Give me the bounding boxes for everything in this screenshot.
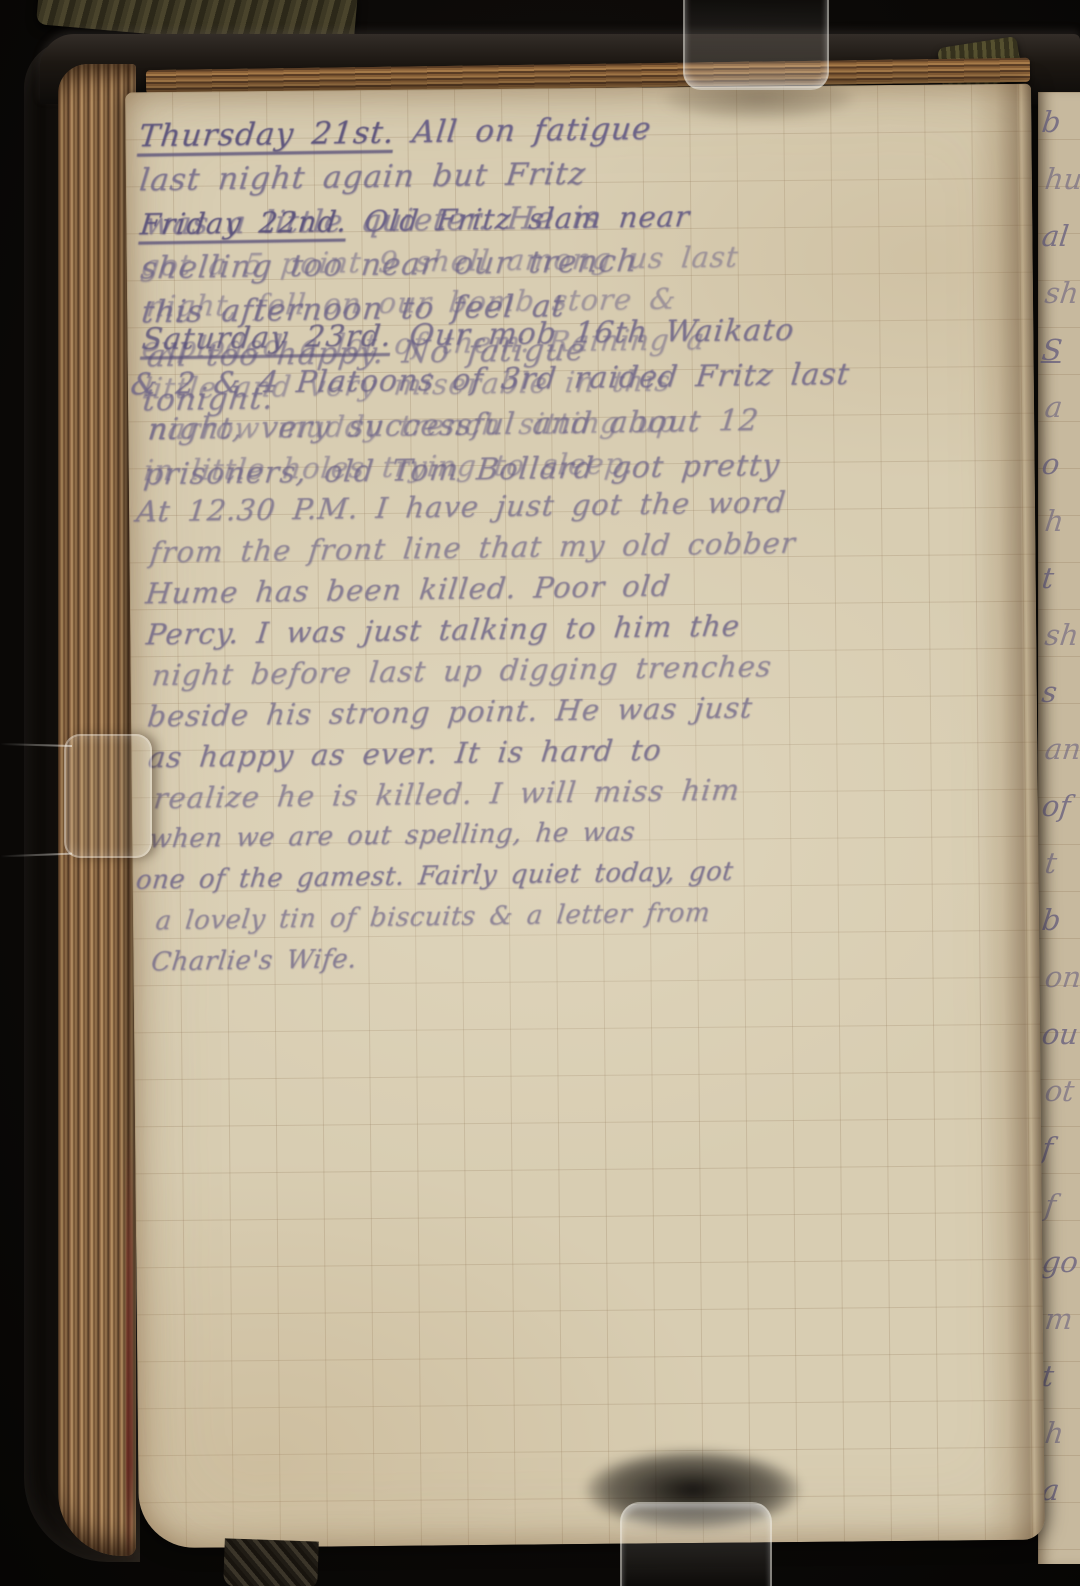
partial-word: go <box>1039 1234 1080 1291</box>
partial-word: of <box>1039 778 1080 835</box>
partial-word: t <box>1039 550 1080 607</box>
partial-word: a <box>1039 1462 1080 1519</box>
mounting-clip-bottom <box>620 1502 772 1586</box>
red-page-edge <box>126 1130 133 1560</box>
partial-word: an <box>1042 721 1080 778</box>
diary-handwriting: Thursday 21st. All on fatigue last night… <box>139 102 1023 363</box>
mounting-clip-top <box>683 0 829 90</box>
partial-word: on <box>1042 949 1080 1006</box>
diary-entry-thursday-21st: Thursday 21st. All on fatigue last night… <box>139 102 1020 159</box>
entry-lines: & 2 & 4 Platoons of 3rd raided Fritz las… <box>142 352 851 497</box>
entry-date: Thursday 21st. <box>137 115 397 155</box>
opposite-page-edge: bhualshSaohtshsanoftbonouotffgomtha <box>1038 92 1080 1564</box>
entry-first-line: Our mob 16th Waikato <box>408 313 797 354</box>
partial-word: t <box>1039 1348 1080 1405</box>
partial-word: al <box>1039 208 1080 265</box>
entry-date: Saturday 23rd. <box>140 319 394 358</box>
diary-photo-stage: bhualshSaohtshsanoftbonouotffgomtha Thur… <box>0 0 1080 1586</box>
partial-word: m <box>1042 1291 1080 1348</box>
opposite-page-fragments: bhualshSaohtshsanoftbonouotffgomtha <box>1042 94 1080 1519</box>
partial-word: S <box>1039 322 1080 379</box>
partial-word: f <box>1039 1120 1080 1177</box>
entry-first-line: Old Fritz slam near <box>363 199 692 238</box>
partial-word: s <box>1039 664 1080 721</box>
entry-heading-line: Thursday 21st. All on fatigue <box>137 101 1022 158</box>
partial-word: sh <box>1042 607 1080 664</box>
partial-word: sh <box>1042 265 1080 322</box>
partial-word: f <box>1042 1177 1080 1234</box>
mounting-clip-left <box>64 734 152 858</box>
partial-word: a <box>1042 379 1080 436</box>
partial-word: o <box>1039 436 1080 493</box>
diary-line: Charlie's Wife. <box>149 933 804 984</box>
partial-word: ou <box>1039 1006 1080 1063</box>
partial-word: t <box>1042 835 1080 892</box>
partial-word: h <box>1042 1405 1080 1462</box>
notebook-strap-bottom-left <box>223 1538 319 1586</box>
partial-word: hu <box>1042 151 1080 208</box>
partial-word: b <box>1039 892 1080 949</box>
page-gutter-shadow <box>969 84 1045 1541</box>
partial-word: h <box>1042 493 1080 550</box>
diary-line: last night again but Fritz <box>137 151 639 202</box>
diary-page: Thursday 21st. All on fatigue last night… <box>125 84 1045 1549</box>
entry-first-line: All on fatigue <box>411 111 654 151</box>
entry-date: Friday 22nd. <box>138 204 349 241</box>
partial-word: ot <box>1042 1063 1080 1120</box>
partial-word: b <box>1039 94 1080 151</box>
